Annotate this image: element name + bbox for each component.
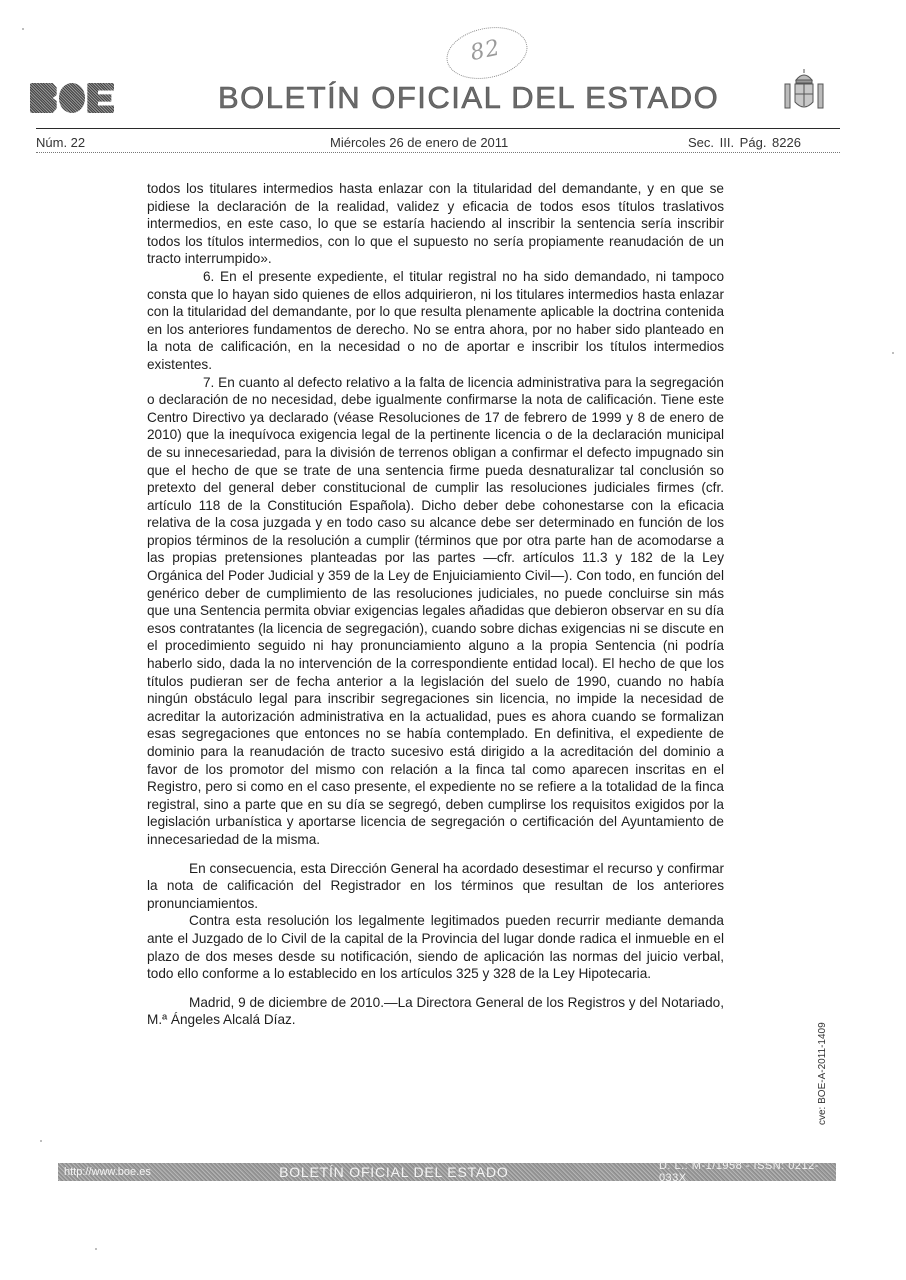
paragraph-7: 7. En cuanto al defecto relativo a la fa…: [147, 374, 724, 849]
section-page: Sec. III. Pág. 8226: [688, 135, 801, 150]
paragraph-6: 6. En el presente expediente, el titular…: [147, 268, 724, 374]
header-rule-bottom: [36, 152, 840, 153]
document-body: todos los titulares intermedios hasta en…: [147, 180, 724, 1029]
boe-logo-icon: [30, 83, 114, 113]
scan-speck: [40, 1140, 42, 1142]
logo-letter-e: [87, 83, 114, 113]
footer-title: BOLETÍN OFICIAL DEL ESTADO: [279, 1164, 581, 1180]
masthead-title: BOLETÍN OFICIAL DEL ESTADO: [218, 80, 719, 116]
paragraph-appeal: Contra esta resolución los legalmente le…: [147, 912, 724, 982]
spain-coat-of-arms-icon: [779, 68, 829, 118]
footer-bar: http://www.boe.es BOLETÍN OFICIAL DEL ES…: [58, 1163, 836, 1181]
handwritten-annotation: 82: [442, 20, 533, 86]
scan-speck: [892, 352, 894, 354]
issue-date: Miércoles 26 de enero de 2011: [330, 135, 508, 150]
cve-reference: cve: BOE-A-2011-1409: [817, 1022, 828, 1125]
scan-speck: [95, 1248, 97, 1250]
annotation-text: 82: [468, 35, 503, 66]
header-rule-top: [36, 128, 840, 129]
logo-letter-o: [59, 83, 86, 113]
paragraph-continuation: todos los titulares intermedios hasta en…: [147, 180, 724, 268]
scan-speck: [22, 28, 24, 30]
signature: Madrid, 9 de diciembre de 2010.—La Direc…: [147, 994, 724, 1029]
issue-number: Núm. 22: [36, 135, 85, 150]
paragraph-conclusion: En consecuencia, esta Dirección General …: [147, 860, 724, 913]
footer-legal: D. L.: M-1/1958 - ISSN: 0212-033X: [659, 1160, 836, 1184]
logo-letter-b: [30, 83, 57, 113]
footer-url-link[interactable]: http://www.boe.es: [64, 1166, 279, 1178]
